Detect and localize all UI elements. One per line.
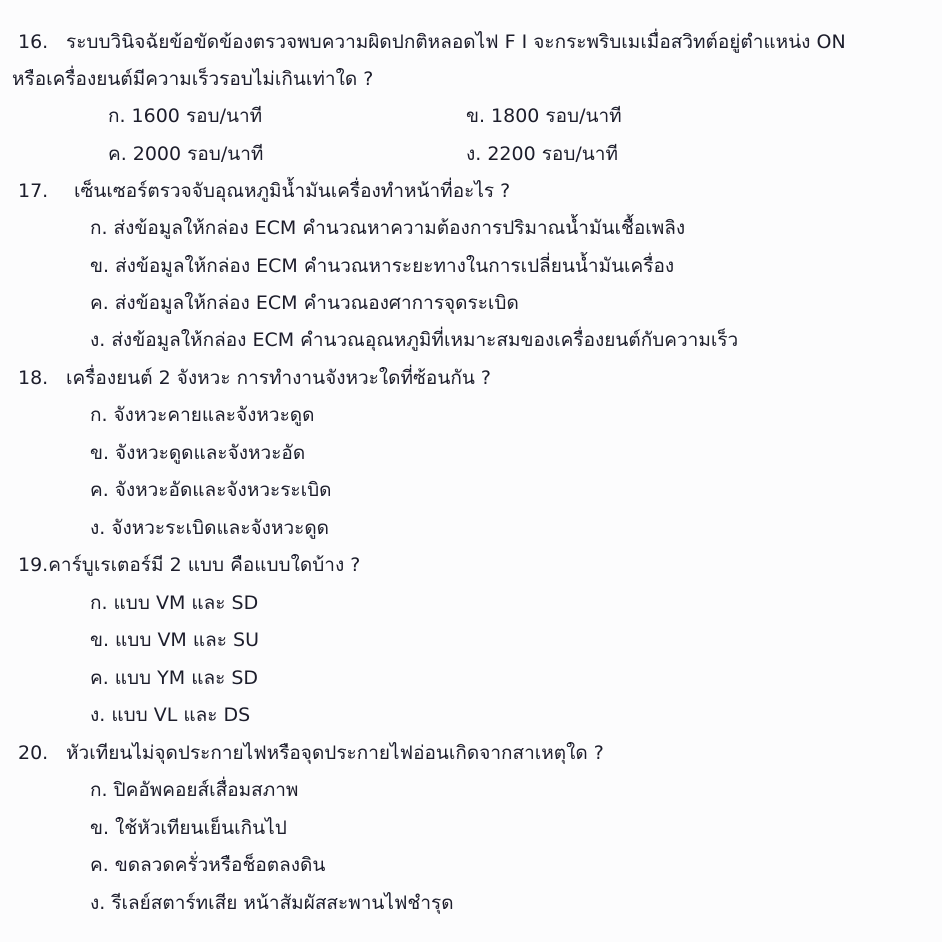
option-19-b: ข.แบบ VM และ SU (90, 628, 259, 652)
question-16: 16.ระบบวินิจฉัยข้อขัดข้องตรวจพบความผิดปก… (18, 30, 846, 54)
option-letter: ข. (466, 104, 485, 128)
option-letter: ข. (90, 816, 109, 840)
option-text: ขดลวดครั่วหรือช็อตลงดิน (115, 854, 326, 876)
option-16-d: ง.2200 รอบ/นาที (466, 142, 618, 166)
question-number: 19. (18, 553, 48, 577)
option-letter: ง. (90, 516, 105, 540)
option-letter: ง. (90, 891, 105, 915)
question-number: 17. (18, 179, 74, 203)
question-16-line2: หรือเครื่องยนต์มีความเร็วรอบไม่เกินเท่าใ… (12, 67, 373, 91)
option-text: รีเลย์สตาร์ทเสีย หน้าสัมผัสสะพานไฟชำรุด (111, 892, 453, 914)
option-letter: ง. (466, 142, 481, 166)
question-19: 19.คาร์บูเรเตอร์มี 2 แบบ คือแบบใดบ้าง ? (18, 553, 360, 577)
option-18-d: ง.จังหวะระเบิดและจังหวะดูด (90, 516, 329, 540)
option-20-c: ค.ขดลวดครั่วหรือช็อตลงดิน (90, 853, 325, 877)
question-number: 20. (18, 741, 66, 765)
option-text: ส่งข้อมูลให้กล่อง ECM คำนวณองศาการจุดระเ… (115, 292, 519, 314)
option-text: ใช้หัวเทียนเย็นเกินไป (115, 817, 287, 839)
option-16-a: ก.1600 รอบ/นาที (108, 104, 262, 128)
option-letter: ง. (90, 328, 105, 352)
option-letter: ก. (108, 104, 126, 128)
option-letter: ค. (90, 853, 109, 877)
option-text: 1600 รอบ/นาที (132, 105, 263, 127)
option-18-c: ค.จังหวะอัดและจังหวะระเบิด (90, 478, 332, 502)
option-text: 2200 รอบ/นาที (487, 143, 618, 165)
option-letter: ก. (90, 591, 108, 615)
option-text: แบบ VL และ DS (111, 704, 250, 726)
option-text: จังหวะคายและจังหวะดูด (114, 404, 315, 426)
option-17-d: ง.ส่งข้อมูลให้กล่อง ECM คำนวณอุณหภูมิที่… (90, 328, 738, 352)
option-text: ส่งข้อมูลให้กล่อง ECM คำนวณหาระยะทางในกา… (115, 255, 674, 277)
option-text: จังหวะดูดและจังหวะอัด (115, 442, 305, 464)
option-18-b: ข.จังหวะดูดและจังหวะอัด (90, 441, 305, 465)
question-17: 17.เซ็นเซอร์ตรวจจับอุณหภูมิน้ำมันเครื่อง… (18, 179, 510, 203)
option-letter: ก. (90, 216, 108, 240)
option-20-a: ก.ปิคอัพคอยส์เสื่อมสภาพ (90, 778, 298, 802)
option-letter: ค. (90, 666, 109, 690)
option-letter: ค. (90, 478, 109, 502)
option-text: 2000 รอบ/นาที (133, 143, 264, 165)
option-text: ส่งข้อมูลให้กล่อง ECM คำนวณหาความต้องการ… (114, 217, 686, 239)
option-text: ส่งข้อมูลให้กล่อง ECM คำนวณอุณหภูมิที่เห… (111, 329, 738, 351)
option-letter: ข. (90, 254, 109, 278)
question-text: คาร์บูเรเตอร์มี 2 แบบ คือแบบใดบ้าง ? (48, 554, 360, 576)
option-text: แบบ VM และ SU (115, 629, 259, 651)
question-number: 18. (18, 366, 66, 390)
question-20: 20.หัวเทียนไม่จุดประกายไฟหรือจุดประกายไฟ… (18, 741, 604, 765)
option-18-a: ก.จังหวะคายและจังหวะดูด (90, 403, 314, 427)
option-letter: ก. (90, 778, 108, 802)
option-text: จังหวะอัดและจังหวะระเบิด (115, 479, 332, 501)
option-19-a: ก.แบบ VM และ SD (90, 591, 258, 615)
option-letter: ข. (90, 628, 109, 652)
option-letter: ง. (90, 703, 105, 727)
question-text: หัวเทียนไม่จุดประกายไฟหรือจุดประกายไฟอ่อ… (66, 742, 604, 764)
option-20-b: ข.ใช้หัวเทียนเย็นเกินไป (90, 816, 287, 840)
option-16-c: ค.2000 รอบ/นาที (108, 142, 263, 166)
option-letter: ข. (90, 441, 109, 465)
option-text: 1800 รอบ/นาที (491, 105, 622, 127)
option-letter: ค. (108, 142, 127, 166)
option-17-a: ก.ส่งข้อมูลให้กล่อง ECM คำนวณหาความต้องก… (90, 216, 685, 240)
question-number: 16. (18, 30, 66, 54)
option-text: แบบ YM และ SD (115, 667, 258, 689)
option-text: แบบ VM และ SD (114, 592, 259, 614)
option-17-c: ค.ส่งข้อมูลให้กล่อง ECM คำนวณองศาการจุดร… (90, 291, 519, 315)
question-text: เซ็นเซอร์ตรวจจับอุณหภูมิน้ำมันเครื่องทำห… (74, 180, 510, 202)
option-letter: ค. (90, 291, 109, 315)
question-text: เครื่องยนต์ 2 จังหวะ การทำงานจังหวะใดที่… (66, 367, 491, 389)
option-19-d: ง.แบบ VL และ DS (90, 703, 250, 727)
option-19-c: ค.แบบ YM และ SD (90, 666, 258, 690)
question-text: ระบบวินิจฉัยข้อขัดข้องตรวจพบความผิดปกติห… (66, 31, 846, 53)
option-16-b: ข.1800 รอบ/นาที (466, 104, 622, 128)
option-text: ปิคอัพคอยส์เสื่อมสภาพ (114, 779, 299, 801)
question-18: 18.เครื่องยนต์ 2 จังหวะ การทำงานจังหวะใด… (18, 366, 491, 390)
option-letter: ก. (90, 403, 108, 427)
option-17-b: ข.ส่งข้อมูลให้กล่อง ECM คำนวณหาระยะทางใน… (90, 254, 674, 278)
option-text: จังหวะระเบิดและจังหวะดูด (111, 517, 329, 539)
option-20-d: ง.รีเลย์สตาร์ทเสีย หน้าสัมผัสสะพานไฟชำรุ… (90, 891, 454, 915)
